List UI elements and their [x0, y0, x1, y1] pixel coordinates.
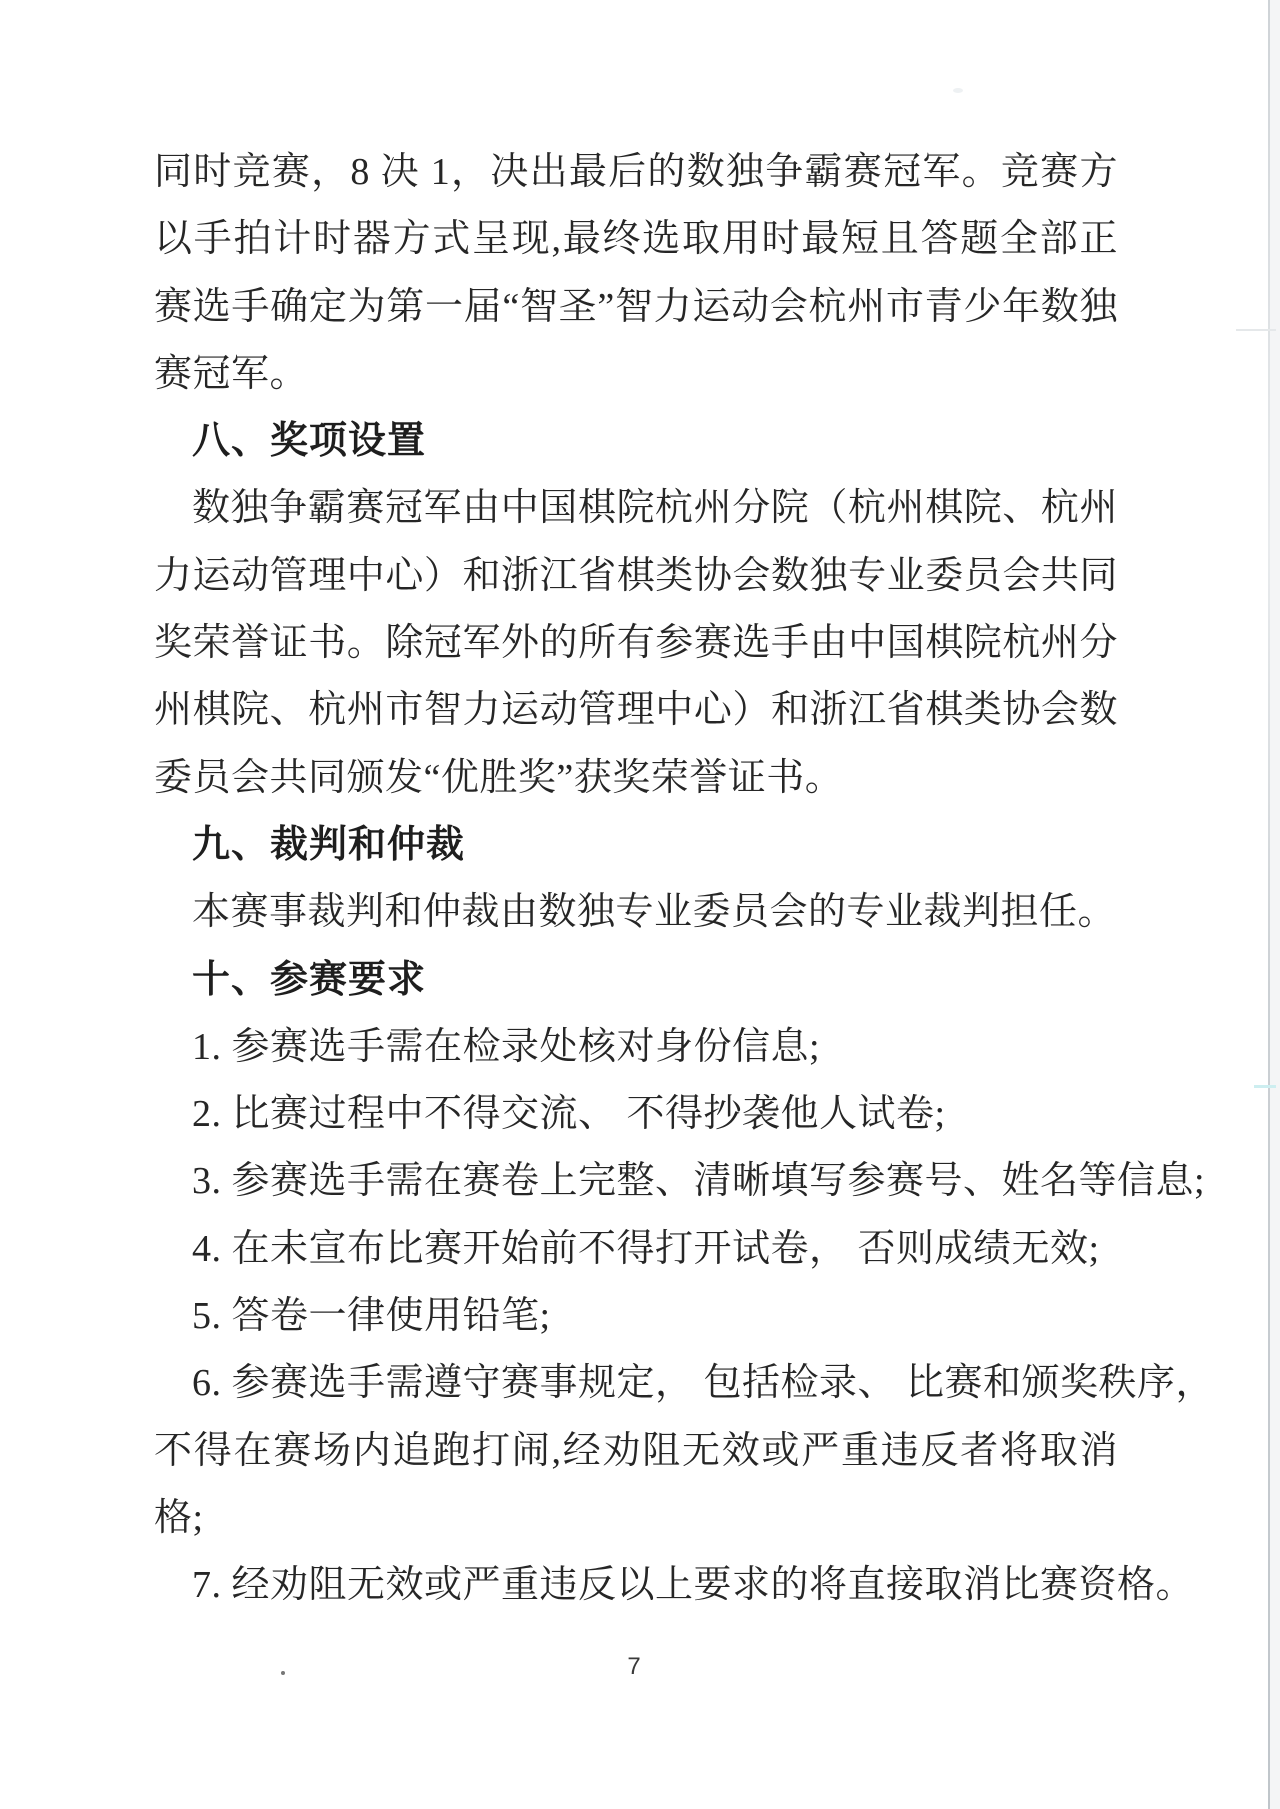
text-line: 同时竞赛，8 决 1，决出最后的数独争霸赛冠军。竞赛方式同样 — [154, 139, 1118, 206]
text-line: 5. 答卷一律使用铅笔; — [154, 1283, 1118, 1350]
scan-edge-tint — [1270, 0, 1280, 1809]
document-text: 同时竞赛，8 决 1，决出最后的数独争霸赛冠军。竞赛方式同样以手拍计时器方式呈现… — [154, 139, 1118, 1620]
text-line: 委员会共同颁发“优胜奖”获奖荣誉证书。 — [154, 745, 1118, 812]
text-line: 数独争霸赛冠军由中国棋院杭州分院（杭州棋院、杭州市智 — [154, 475, 1118, 542]
page-number: 7 — [622, 1652, 646, 1682]
text-line: 2. 比赛过程中不得交流、 不得抄袭他人试卷; — [154, 1081, 1118, 1148]
text-line: 赛冠军。 — [154, 341, 1118, 408]
text-line: 州棋院、杭州市智力运动管理中心）和浙江省棋类协会数独专业 — [154, 677, 1118, 744]
text-line: 格; — [154, 1485, 1118, 1552]
text-line: 不得在赛场内追跑打闹,经劝阻无效或严重违反者将取消比赛资 — [154, 1418, 1118, 1485]
section-heading: 八、奖项设置 — [154, 408, 1118, 475]
section-heading: 九、裁判和仲裁 — [154, 812, 1118, 879]
text-line: 以手拍计时器方式呈现,最终选取用时最短且答题全部正确的参 — [154, 206, 1118, 273]
text-line: 赛选手确定为第一届“智圣”智力运动会杭州市青少年数独争霸 — [154, 274, 1118, 341]
text-line: 本赛事裁判和仲裁由数独专业委员会的专业裁判担任。 — [154, 879, 1118, 946]
text-line: 力运动管理中心）和浙江省棋类协会数独专业委员会共同颁发获 — [154, 543, 1118, 610]
text-line: 6. 参赛选手需遵守赛事规定， 包括检录、 比赛和颁奖秩序， — [154, 1350, 1118, 1417]
text-line: 奖荣誉证书。除冠军外的所有参赛选手由中国棋院杭州分院（杭 — [154, 610, 1118, 677]
text-line: 7. 经劝阻无效或严重违反以上要求的将直接取消比赛资格。 — [154, 1552, 1118, 1619]
section-heading: 十、参赛要求 — [154, 947, 1118, 1014]
ink-speck — [281, 1671, 285, 1675]
scan-edge-line — [1268, 0, 1270, 1809]
scanned-document-page: 同时竞赛，8 决 1，决出最后的数独争霸赛冠军。竞赛方式同样以手拍计时器方式呈现… — [0, 0, 1280, 1809]
scan-smudge — [953, 88, 963, 93]
scan-faint-line — [1236, 329, 1276, 331]
scan-cyan-mark — [1254, 1085, 1276, 1088]
text-line: 1. 参赛选手需在检录处核对身份信息; — [154, 1014, 1118, 1081]
text-line: 4. 在未宣布比赛开始前不得打开试卷， 否则成绩无效; — [154, 1216, 1118, 1283]
text-line: 3. 参赛选手需在赛卷上完整、清晰填写参赛号、姓名等信息; — [154, 1148, 1118, 1215]
